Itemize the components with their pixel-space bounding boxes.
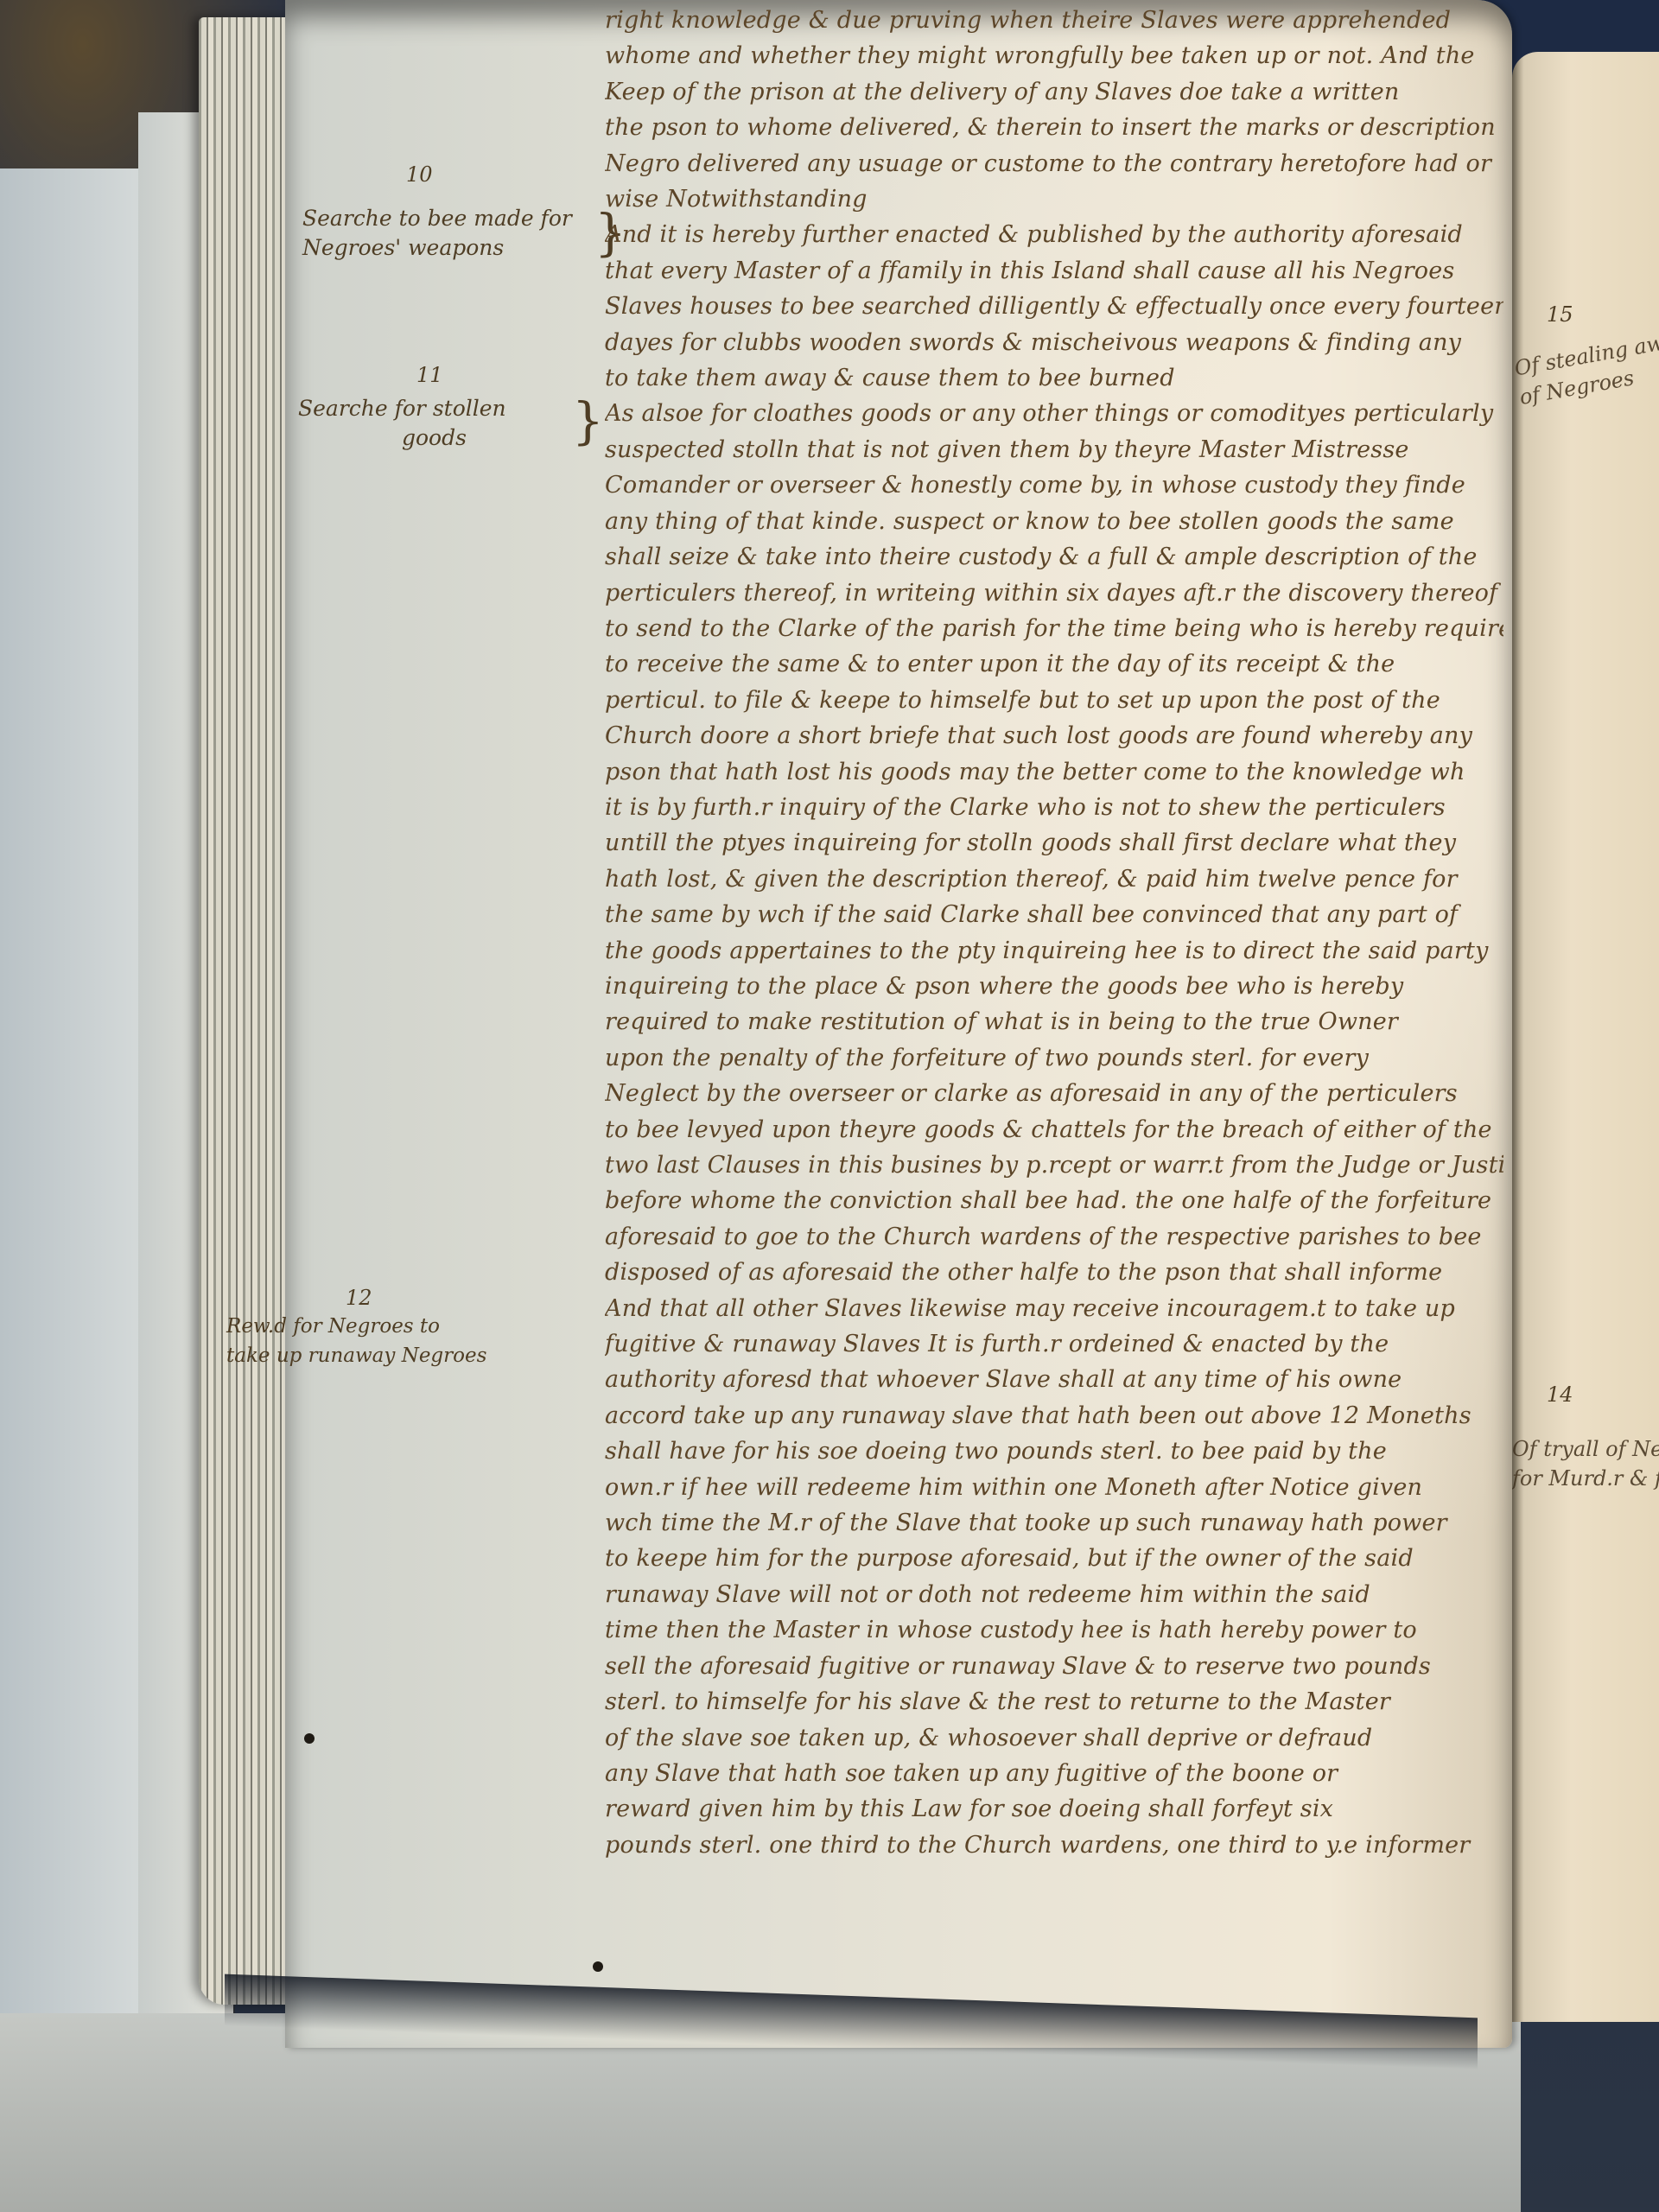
text-line [605, 1864, 1503, 1865]
right-margin-note-15: Of stealing away of Negroes [1512, 324, 1659, 412]
margin-note-10: Searche to bee made for Negroes' weapons [302, 204, 572, 263]
text-line: reward given him by this Law for soe doe… [605, 1792, 1503, 1827]
text-line: And it is hereby further enacted & publi… [605, 218, 1503, 253]
margin-note-line: goods [298, 423, 506, 453]
text-line: to take them away & cause them to bee bu… [605, 361, 1503, 397]
text-line: sterl. to himselfe for his slave & the r… [605, 1685, 1503, 1720]
text-line: required to make restitution of what is … [605, 1005, 1503, 1040]
text-line: wch time the M.r of the Slave that tooke… [605, 1506, 1503, 1541]
text-line: to receive the same & to enter upon it t… [605, 647, 1503, 683]
text-line: two last Clauses in this busines by p.rc… [605, 1148, 1503, 1184]
text-line: Slaves houses to bee searched dilligentl… [605, 289, 1503, 325]
text-line: sell the aforesaid fugitive or runaway S… [605, 1649, 1503, 1685]
margin-note-line: Searche to bee made for [302, 204, 572, 233]
margin-note-12: Rew.d for Negroes to take up runaway Neg… [226, 1312, 486, 1370]
text-line: pounds sterl. one third to the Church wa… [605, 1828, 1503, 1864]
text-line: untill the ptyes inquireing for stolln g… [605, 826, 1503, 861]
margin-number-10: 10 [406, 162, 433, 187]
text-line: Negro delivered any usuage or custome to… [605, 147, 1503, 182]
text-line: suspected stolln that is not given them … [605, 433, 1503, 468]
text-line: Comander or overseer & honestly come by,… [605, 468, 1503, 504]
right-margin-number-14: 14 [1547, 1382, 1573, 1407]
text-line: that every Master of a ffamily in this I… [605, 254, 1503, 289]
text-line: right knowledge & due pruving when their… [605, 3, 1503, 39]
margin-number-11: 11 [416, 363, 443, 387]
text-line: it is by furth.r inquiry of the Clarke w… [605, 791, 1503, 826]
text-line: disposed of as aforesaid the other halfe… [605, 1255, 1503, 1291]
text-line: to keepe him for the purpose aforesaid, … [605, 1541, 1503, 1577]
text-line: of the slave soe taken up, & whosoever s… [605, 1721, 1503, 1757]
right-note-line: Of tryall of Negr. [1512, 1434, 1659, 1464]
statute-body-text: right knowledge & due pruving when their… [605, 3, 1503, 1865]
text-line: runaway Slave will not or doth not redee… [605, 1578, 1503, 1613]
right-margin-note-14: Of tryall of Negr. for Murd.r & felly [1512, 1434, 1659, 1493]
text-line: inquireing to the place & pson where the… [605, 969, 1503, 1005]
margin-note-line: Negroes' weapons [302, 233, 572, 263]
text-line: hath lost, & given the description there… [605, 862, 1503, 898]
margin-note-line: Searche for stollen [298, 394, 506, 423]
text-line: aforesaid to goe to the Church wardens o… [605, 1220, 1503, 1255]
text-line: And that all other Slaves likewise may r… [605, 1292, 1503, 1327]
text-line: fugitive & runaway Slaves It is furth.r … [605, 1327, 1503, 1363]
text-line: pson that hath lost his goods may the be… [605, 755, 1503, 791]
margin-note-line: take up runaway Negroes [226, 1341, 486, 1370]
text-line: any thing of that kinde. suspect or know… [605, 505, 1503, 540]
ink-blot [304, 1733, 315, 1744]
text-line: the pson to whome delivered, & therein t… [605, 111, 1503, 146]
right-note-line: for Murd.r & felly [1512, 1464, 1659, 1493]
text-line: the same by wch if the said Clarke shall… [605, 898, 1503, 933]
text-line: to bee levyed upon theyre goods & chatte… [605, 1113, 1503, 1148]
text-line: As alsoe for cloathes goods or any other… [605, 397, 1503, 432]
margin-note-11: Searche for stollen goods [298, 394, 506, 453]
margin-number-12: 12 [346, 1286, 372, 1310]
text-line: perticulers thereof, in writeing within … [605, 576, 1503, 612]
text-line: dayes for clubbs wooden swords & mischei… [605, 326, 1503, 361]
text-line: before whome the conviction shall bee ha… [605, 1184, 1503, 1219]
text-line: whome and whether they might wrongfully … [605, 39, 1503, 74]
text-line: Keep of the prison at the delivery of an… [605, 75, 1503, 111]
right-margin-number-15: 15 [1547, 302, 1573, 327]
text-line: own.r if hee will redeeme him within one… [605, 1471, 1503, 1506]
margin-brace: } [572, 396, 604, 446]
margin-note-line: Rew.d for Negroes to [226, 1312, 486, 1341]
text-line: any Slave that hath soe taken up any fug… [605, 1757, 1503, 1792]
text-line: Church doore a short briefe that such lo… [605, 719, 1503, 754]
text-line: authority aforesd that whoever Slave sha… [605, 1363, 1503, 1398]
text-line: perticul. to file & keepe to himselfe bu… [605, 683, 1503, 719]
text-line: time then the Master in whose custody he… [605, 1613, 1503, 1649]
text-line: upon the penalty of the forfeiture of tw… [605, 1041, 1503, 1077]
text-line: to send to the Clarke of the parish for … [605, 612, 1503, 647]
text-line: wise Notwithstanding [605, 182, 1503, 218]
ink-blot [593, 1961, 603, 1972]
text-line: shall have for his soe doeing two pounds… [605, 1434, 1503, 1470]
text-line: accord take up any runaway slave that ha… [605, 1399, 1503, 1434]
facing-page: 15 Of stealing away of Negroes 14 Of try… [1512, 52, 1659, 2022]
text-line: the goods appertaines to the pty inquire… [605, 934, 1503, 969]
text-line: Neglect by the overseer or clarke as afo… [605, 1077, 1503, 1112]
text-line: shall seize & take into theire custody &… [605, 540, 1503, 575]
